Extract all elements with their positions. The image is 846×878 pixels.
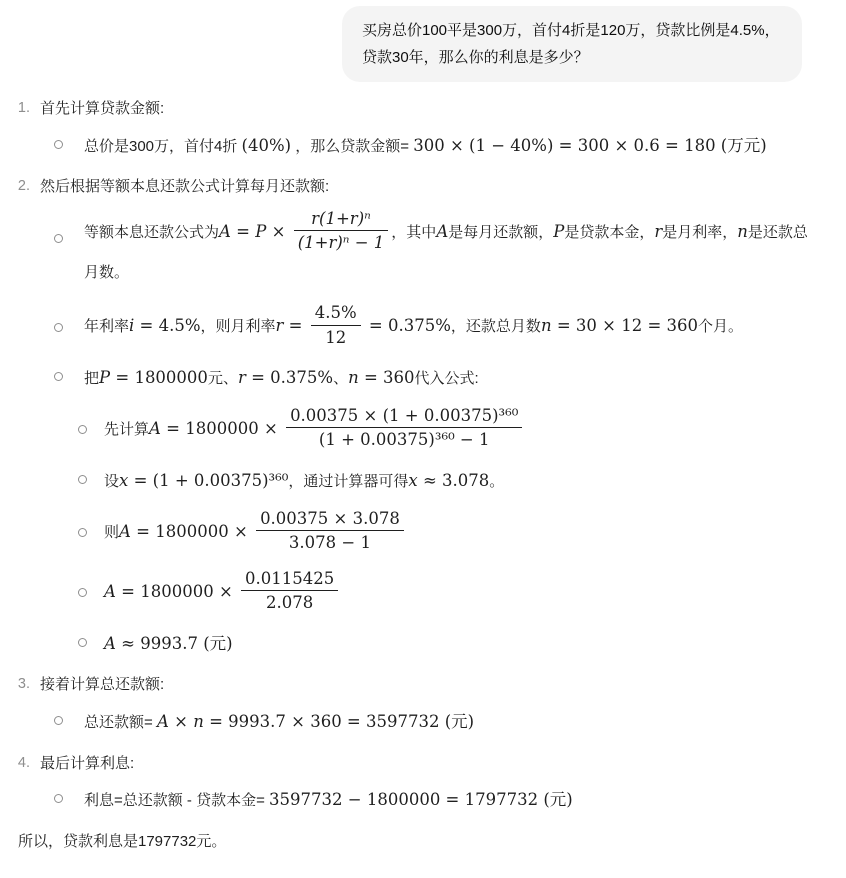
fraction-numerator: 0.00375 × 3.078 [256, 508, 404, 531]
conclusion-text: 所以，贷款利息是1797732元。 [0, 829, 846, 855]
text-segment: ，其中 [391, 224, 436, 241]
list-item-3: 3. 接着计算总还款额: [0, 672, 846, 698]
math-var: P [553, 222, 564, 241]
fraction-denominator: (1 + 0.00375)³⁶⁰ − 1 [286, 428, 522, 450]
list-item-3-number: 3. [10, 672, 30, 697]
math-var: A [436, 222, 448, 241]
formula-annuity: 等额本息还款公式为A = P × r(1+r)ⁿ(1+r)ⁿ − 1，其中A是每… [84, 210, 814, 290]
text-segment: 是月利率， [662, 224, 737, 241]
text-segment: ，则月利率 [201, 318, 276, 335]
assistant-answer: 1. 首先计算贷款金额: 总价是300万，首付4折 (40%) ，那么贷款金额=… [0, 96, 846, 855]
total-repayment: 总还款额= A × n = 9993.7 × 360 = 3597732 (元) [84, 708, 474, 737]
math-var: A [157, 712, 169, 731]
list-item-4-number: 4. [10, 751, 30, 776]
list-item-1-title: 首先计算贷款金额: [40, 96, 164, 122]
fraction-numerator: r(1+r)ⁿ [294, 208, 389, 231]
fraction: 4.5%12 [311, 302, 361, 348]
text-segment: 。 [489, 473, 504, 490]
math-var: A [104, 582, 116, 601]
chat-page: 买房总价100平是300万，首付4折是120万，贷款比例是4.5%，贷款30年，… [0, 0, 846, 878]
math-segment: = [283, 316, 307, 335]
math-segment: (40%) [242, 136, 292, 155]
text-segment: ，通过计算器可得 [288, 473, 408, 490]
bullet-circle-icon [54, 794, 63, 803]
math-var: r [238, 368, 246, 387]
text-segment: ，还款总月数 [451, 318, 541, 335]
math-segment: = 0.375% [364, 316, 451, 335]
math-var: A [119, 522, 131, 541]
text-segment: 元、 [208, 370, 238, 387]
text-segment: 则 [104, 524, 119, 541]
math-segment: = 4.5% [134, 316, 200, 335]
text-segment: ，那么贷款金额= [291, 138, 413, 155]
fraction-numerator: 4.5% [311, 302, 361, 325]
text-segment: 总价是300万，首付4折 [84, 138, 242, 155]
text-segment: 个月。 [698, 318, 743, 335]
sub-step-4: A = 1800000 × 0.01154252.078 [0, 570, 846, 616]
text-segment: 把 [84, 370, 99, 387]
bullet-circle-icon [54, 323, 63, 332]
math-segment: = 1800000 × [116, 582, 238, 601]
list-item-3-bullet: 总还款额= A × n = 9993.7 × 360 = 3597732 (元) [0, 708, 846, 737]
bullet-circle-icon [54, 140, 63, 149]
list-item-1-bullet-content: 总价是300万，首付4折 (40%) ，那么贷款金额= 300 × (1 − 4… [84, 132, 767, 161]
math-segment: = 9993.7 × 360 = 3597732 (元) [204, 712, 474, 731]
list-item-4-title: 最后计算利息: [40, 751, 134, 777]
interest-calc: 利息=总还款额 - 贷款本金= 3597732 − 1800000 = 1797… [84, 786, 573, 815]
fraction: 0.00375 × 3.0783.078 − 1 [256, 508, 404, 554]
text-segment: 年利率 [84, 318, 129, 335]
list-item-4: 4. 最后计算利息: [0, 751, 846, 777]
math-segment: = 1800000 [110, 368, 208, 387]
text-segment: 利息=总还款额 - 贷款本金= [84, 792, 269, 809]
bullet-circle-icon [54, 372, 63, 381]
list-item-1-bullet: 总价是300万，首付4折 (40%) ，那么贷款金额= 300 × (1 − 4… [0, 132, 846, 161]
math-segment: = (1 + 0.00375)³⁶⁰ [128, 471, 288, 490]
math-segment: ≈ 3.078 [418, 471, 490, 490]
list-item-2-number: 2. [10, 174, 30, 199]
fraction-denominator: 2.078 [241, 591, 338, 613]
bullet-circle-icon [78, 475, 87, 484]
math-segment: × [266, 222, 290, 241]
list-item-2-bullet-2: 年利率i = 4.5%，则月利率r = 4.5%12 = 0.375%，还款总月… [0, 304, 846, 350]
user-message-row: 买房总价100平是300万，首付4折是120万，贷款比例是4.5%，贷款30年，… [0, 6, 846, 82]
list-item-2-bullet-3: 把P = 1800000元、r = 0.375%、n = 360代入公式: [0, 364, 846, 393]
sub-step-1: 先计算A = 1800000 × 0.00375 × (1 + 0.00375)… [0, 407, 846, 453]
text-segment: 等额本息还款公式为 [84, 224, 219, 241]
math-segment: = 1800000 × [161, 419, 283, 438]
math-segment: ≈ 9993.7 (元) [116, 634, 233, 653]
list-item-2-title: 然后根据等额本息还款公式计算每月还款额: [40, 174, 329, 200]
math-var: P [99, 368, 110, 387]
math-var: n [193, 712, 204, 731]
math-var: x [408, 471, 417, 490]
fraction-denominator: (1+r)ⁿ − 1 [294, 231, 389, 253]
calc-step-3: 则A = 1800000 × 0.00375 × 3.0783.078 − 1 [104, 510, 407, 556]
math-segment: = 30 × 12 = 360 [552, 316, 698, 335]
calc-step-5: A ≈ 9993.7 (元) [104, 630, 233, 659]
math-var: A [219, 222, 231, 241]
bullet-circle-icon [78, 425, 87, 434]
sub-step-3: 则A = 1800000 × 0.00375 × 3.0783.078 − 1 [0, 510, 846, 556]
math-segment: × [169, 712, 193, 731]
math-var: n [541, 316, 552, 335]
fraction: 0.01154252.078 [241, 568, 338, 614]
bullet-circle-icon [54, 234, 63, 243]
fraction: r(1+r)ⁿ(1+r)ⁿ − 1 [294, 208, 389, 254]
list-item-2: 2. 然后根据等额本息还款公式计算每月还款额: [0, 174, 846, 200]
bullet-circle-icon [78, 528, 87, 537]
fraction-numerator: 0.00375 × (1 + 0.00375)³⁶⁰ [286, 405, 522, 428]
text-segment: 是每月还款额， [448, 224, 553, 241]
math-segment: 300 × (1 − 40%) = 300 × 0.6 = 180 (万元) [413, 136, 766, 155]
list-item-1-number: 1. [10, 96, 30, 121]
text-segment: 先计算 [104, 421, 149, 438]
math-var: n [348, 368, 359, 387]
math-var: x [119, 471, 128, 490]
list-item-2-bullet-1: 等额本息还款公式为A = P × r(1+r)ⁿ(1+r)ⁿ − 1，其中A是每… [0, 210, 846, 290]
fraction-denominator: 3.078 − 1 [256, 531, 404, 553]
sub-step-2: 设x = (1 + 0.00375)³⁶⁰，通过计算器可得x ≈ 3.078。 [0, 467, 846, 496]
list-item-3-title: 接着计算总还款额: [40, 672, 164, 698]
math-var: n [737, 222, 748, 241]
bullet-circle-icon [78, 588, 87, 597]
math-var: A [104, 634, 116, 653]
calc-step-1: 先计算A = 1800000 × 0.00375 × (1 + 0.00375)… [104, 407, 525, 453]
formula-monthly-rate: 年利率i = 4.5%，则月利率r = 4.5%12 = 0.375%，还款总月… [84, 304, 743, 350]
math-var: A [149, 419, 161, 438]
text-segment: 是贷款本金， [564, 224, 654, 241]
math-segment: = 0.375% [246, 368, 333, 387]
calc-step-4: A = 1800000 × 0.01154252.078 [104, 570, 341, 616]
calc-step-2: 设x = (1 + 0.00375)³⁶⁰，通过计算器可得x ≈ 3.078。 [104, 467, 504, 496]
sub-step-5: A ≈ 9993.7 (元) [0, 630, 846, 659]
math-segment: = [231, 222, 255, 241]
fraction-numerator: 0.0115425 [241, 568, 338, 591]
fraction-denominator: 12 [311, 326, 361, 348]
bullet-circle-icon [54, 716, 63, 725]
text-segment: 总还款额= [84, 714, 157, 731]
user-message-text: 买房总价100平是300万，首付4折是120万，贷款比例是4.5%，贷款30年，… [362, 22, 780, 66]
text-segment: 设 [104, 473, 119, 490]
fraction: 0.00375 × (1 + 0.00375)³⁶⁰(1 + 0.00375)³… [286, 405, 522, 451]
list-item-4-bullet: 利息=总还款额 - 贷款本金= 3597732 − 1800000 = 1797… [0, 786, 846, 815]
math-segment: 3597732 − 1800000 = 1797732 (元) [269, 790, 573, 809]
text-segment: 代入公式: [415, 370, 479, 387]
math-var: P [255, 222, 266, 241]
text-segment: 、 [333, 370, 348, 387]
user-message-bubble: 买房总价100平是300万，首付4折是120万，贷款比例是4.5%，贷款30年，… [342, 6, 802, 82]
math-segment: = 1800000 × [131, 522, 253, 541]
list-item-1: 1. 首先计算贷款金额: [0, 96, 846, 122]
bullet-circle-icon [78, 638, 87, 647]
substitute-values: 把P = 1800000元、r = 0.375%、n = 360代入公式: [84, 364, 479, 393]
math-segment: = 360 [359, 368, 415, 387]
